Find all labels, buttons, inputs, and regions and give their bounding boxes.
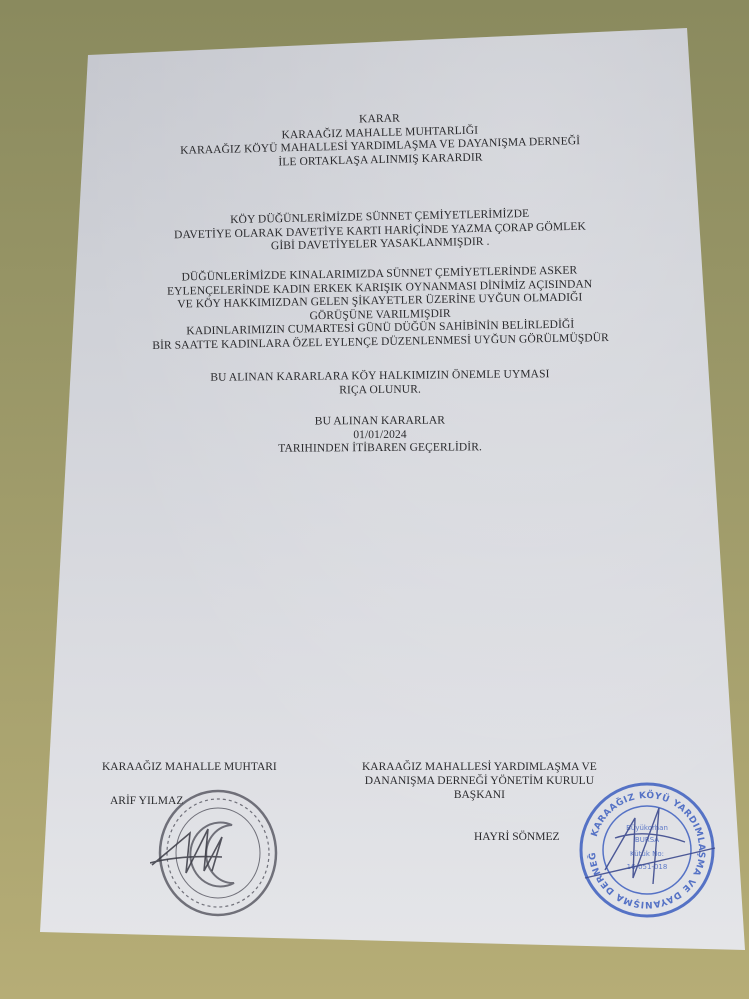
svg-text:Kütük No:: Kütük No: (630, 850, 664, 858)
svg-text:Büyükorhan: Büyükorhan (626, 824, 668, 832)
signatory-right-title: KARAAĞIZ MAHALLESİ YARDIMLAŞMA VE DANANI… (362, 760, 597, 802)
decision-document: KARAR KARAAĞIZ MAHALLE MUHTARLIĞI KARAAĞ… (0, 0, 749, 999)
paragraph-entertainment: DÜĞÜNLERİMİZDE KINALARIMIZDA SÜNNET ÇEMİ… (109, 263, 650, 353)
title-line: BAŞKANI (362, 788, 597, 802)
paragraph-effective-date: BU ALINAN KARARLAR 01/01/2024 TARIHINDEN… (150, 413, 610, 457)
paragraph-invitations: KÖY DÜĞÜNLERİMİZDE SÜNNET ÇEMİYETLERİMİZ… (130, 206, 631, 257)
title-line: KARAAĞIZ MAHALLESİ YARDIMLAŞMA VE (362, 760, 597, 774)
paragraph-compliance: BU ALINAN KARARLARA KÖY HALKIMIZIN ÖNEML… (120, 367, 640, 399)
association-seal-right-icon: KARAAĞIZ KÖYÜ YARDIMLAŞMA VE DAYANIŞMA D… (575, 778, 720, 923)
text-line: TARIHINDEN İTİBAREN GEÇERLİDİR. (150, 440, 610, 457)
document-header: KARAR KARAAĞIZ MAHALLE MUHTARLIĞI KARAAĞ… (139, 107, 620, 173)
official-seal-left-icon (150, 785, 285, 925)
signatory-right-name: HAYRİ SÖNMEZ (474, 830, 560, 844)
title-line: DANANIŞMA DERNEĞİ YÖNETİM KURULU (362, 774, 597, 788)
signatory-left-title: KARAAĞIZ MAHALLE MUHTARI (102, 760, 277, 774)
